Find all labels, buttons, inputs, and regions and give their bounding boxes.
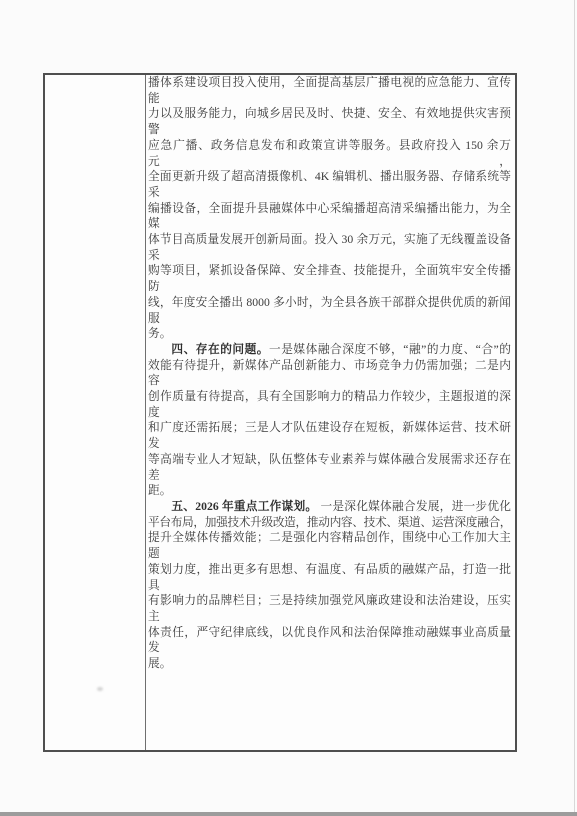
scanned-document-page: 播体系建设项目投入使用，全面提高基层广播电视的应急能力、宣传能力以及服务能力，向…: [0, 0, 577, 816]
text-line: 应急广播、政务信息发布和政策宣讲等服务。县政府投入 150 余万元，: [148, 138, 511, 169]
text-line: 全面更新升级了超高清摄像机、4K 编辑机、播出服务器、存储系统等采: [148, 169, 511, 200]
text-line: 有影响力的品牌栏目；三是持续加强党风廉政建设和法治建设，压实主: [148, 593, 511, 624]
table-left-column: [45, 75, 146, 750]
text-line: 务。: [148, 326, 511, 342]
text-line: 编播设备，全面提升县融媒体中心采编播超高清采编播出能力，为全媒: [148, 201, 511, 232]
text-line: 距。: [148, 483, 511, 499]
text-line-heading: 五、2026 年重点工作谋划。: [171, 500, 317, 513]
text-line: 创作质量有待提高，具有全国影响力的精品力作较少，主题报道的深度: [148, 389, 511, 420]
text-line: 展。: [148, 656, 511, 672]
text-line: 提升全媒体传播效能；二是强化内容精品创作，围绕中心工作加大主题: [148, 530, 511, 561]
text-line: 体责任，严守纪律底线，以优良作风和法治保障推动融媒事业高质量发: [148, 625, 511, 656]
scan-right-edge-line: [574, 0, 575, 812]
text-line: 平台布局，加强技术升级改造，推动内容、技术、渠道、运营深度融合，: [148, 515, 511, 531]
text-line-heading: 四、存在的问题。: [171, 343, 269, 356]
text-line: 四、存在的问题。一是媒体融合深度不够，“融”的力度、“合”的: [148, 342, 511, 358]
text-line: 策划力度，推出更多有思想、有温度、有品质的融媒产品，打造一批具: [148, 562, 511, 593]
scan-bottom-edge-bar: [0, 812, 577, 816]
report-table: 播体系建设项目投入使用，全面提高基层广播电视的应急能力、宣传能力以及服务能力，向…: [43, 73, 517, 752]
text-line: 播体系建设项目投入使用，全面提高基层广播电视的应急能力、宣传能: [148, 75, 511, 106]
text-line: 等高端专业人才短缺，队伍整体专业素养与媒体融合发展需求还存在差: [148, 452, 511, 483]
table-content-cell: 播体系建设项目投入使用，全面提高基层广播电视的应急能力、宣传能力以及服务能力，向…: [146, 75, 515, 750]
text-line: 力以及服务能力，向城乡居民及时、快捷、安全、有效地提供灾害预警: [148, 106, 511, 137]
text-line: 效能有待提升，新媒体产品创新能力、市场竞争力仍需加强；二是内容: [148, 358, 511, 389]
scan-speck: [97, 687, 103, 691]
report-text-block: 播体系建设项目投入使用，全面提高基层广播电视的应急能力、宣传能力以及服务能力，向…: [148, 75, 511, 672]
text-line: 体节目高质量发展开创新局面。投入 30 余万元，实施了无线覆盖设备采: [148, 232, 511, 263]
text-line: 购等项目，紧抓设备保障、安全排查、技能提升，全面筑牢安全传播防: [148, 263, 511, 294]
text-line: 五、2026 年重点工作谋划。 一是深化媒体融合发展，进一步优化: [148, 499, 511, 515]
text-line: 和广度还需拓展；三是人才队伍建设存在短板，新媒体运营、技术研发: [148, 420, 511, 451]
text-line: 线，年度安全播出 8000 多小时，为全县各族干部群众提供优质的新闻服: [148, 295, 511, 326]
